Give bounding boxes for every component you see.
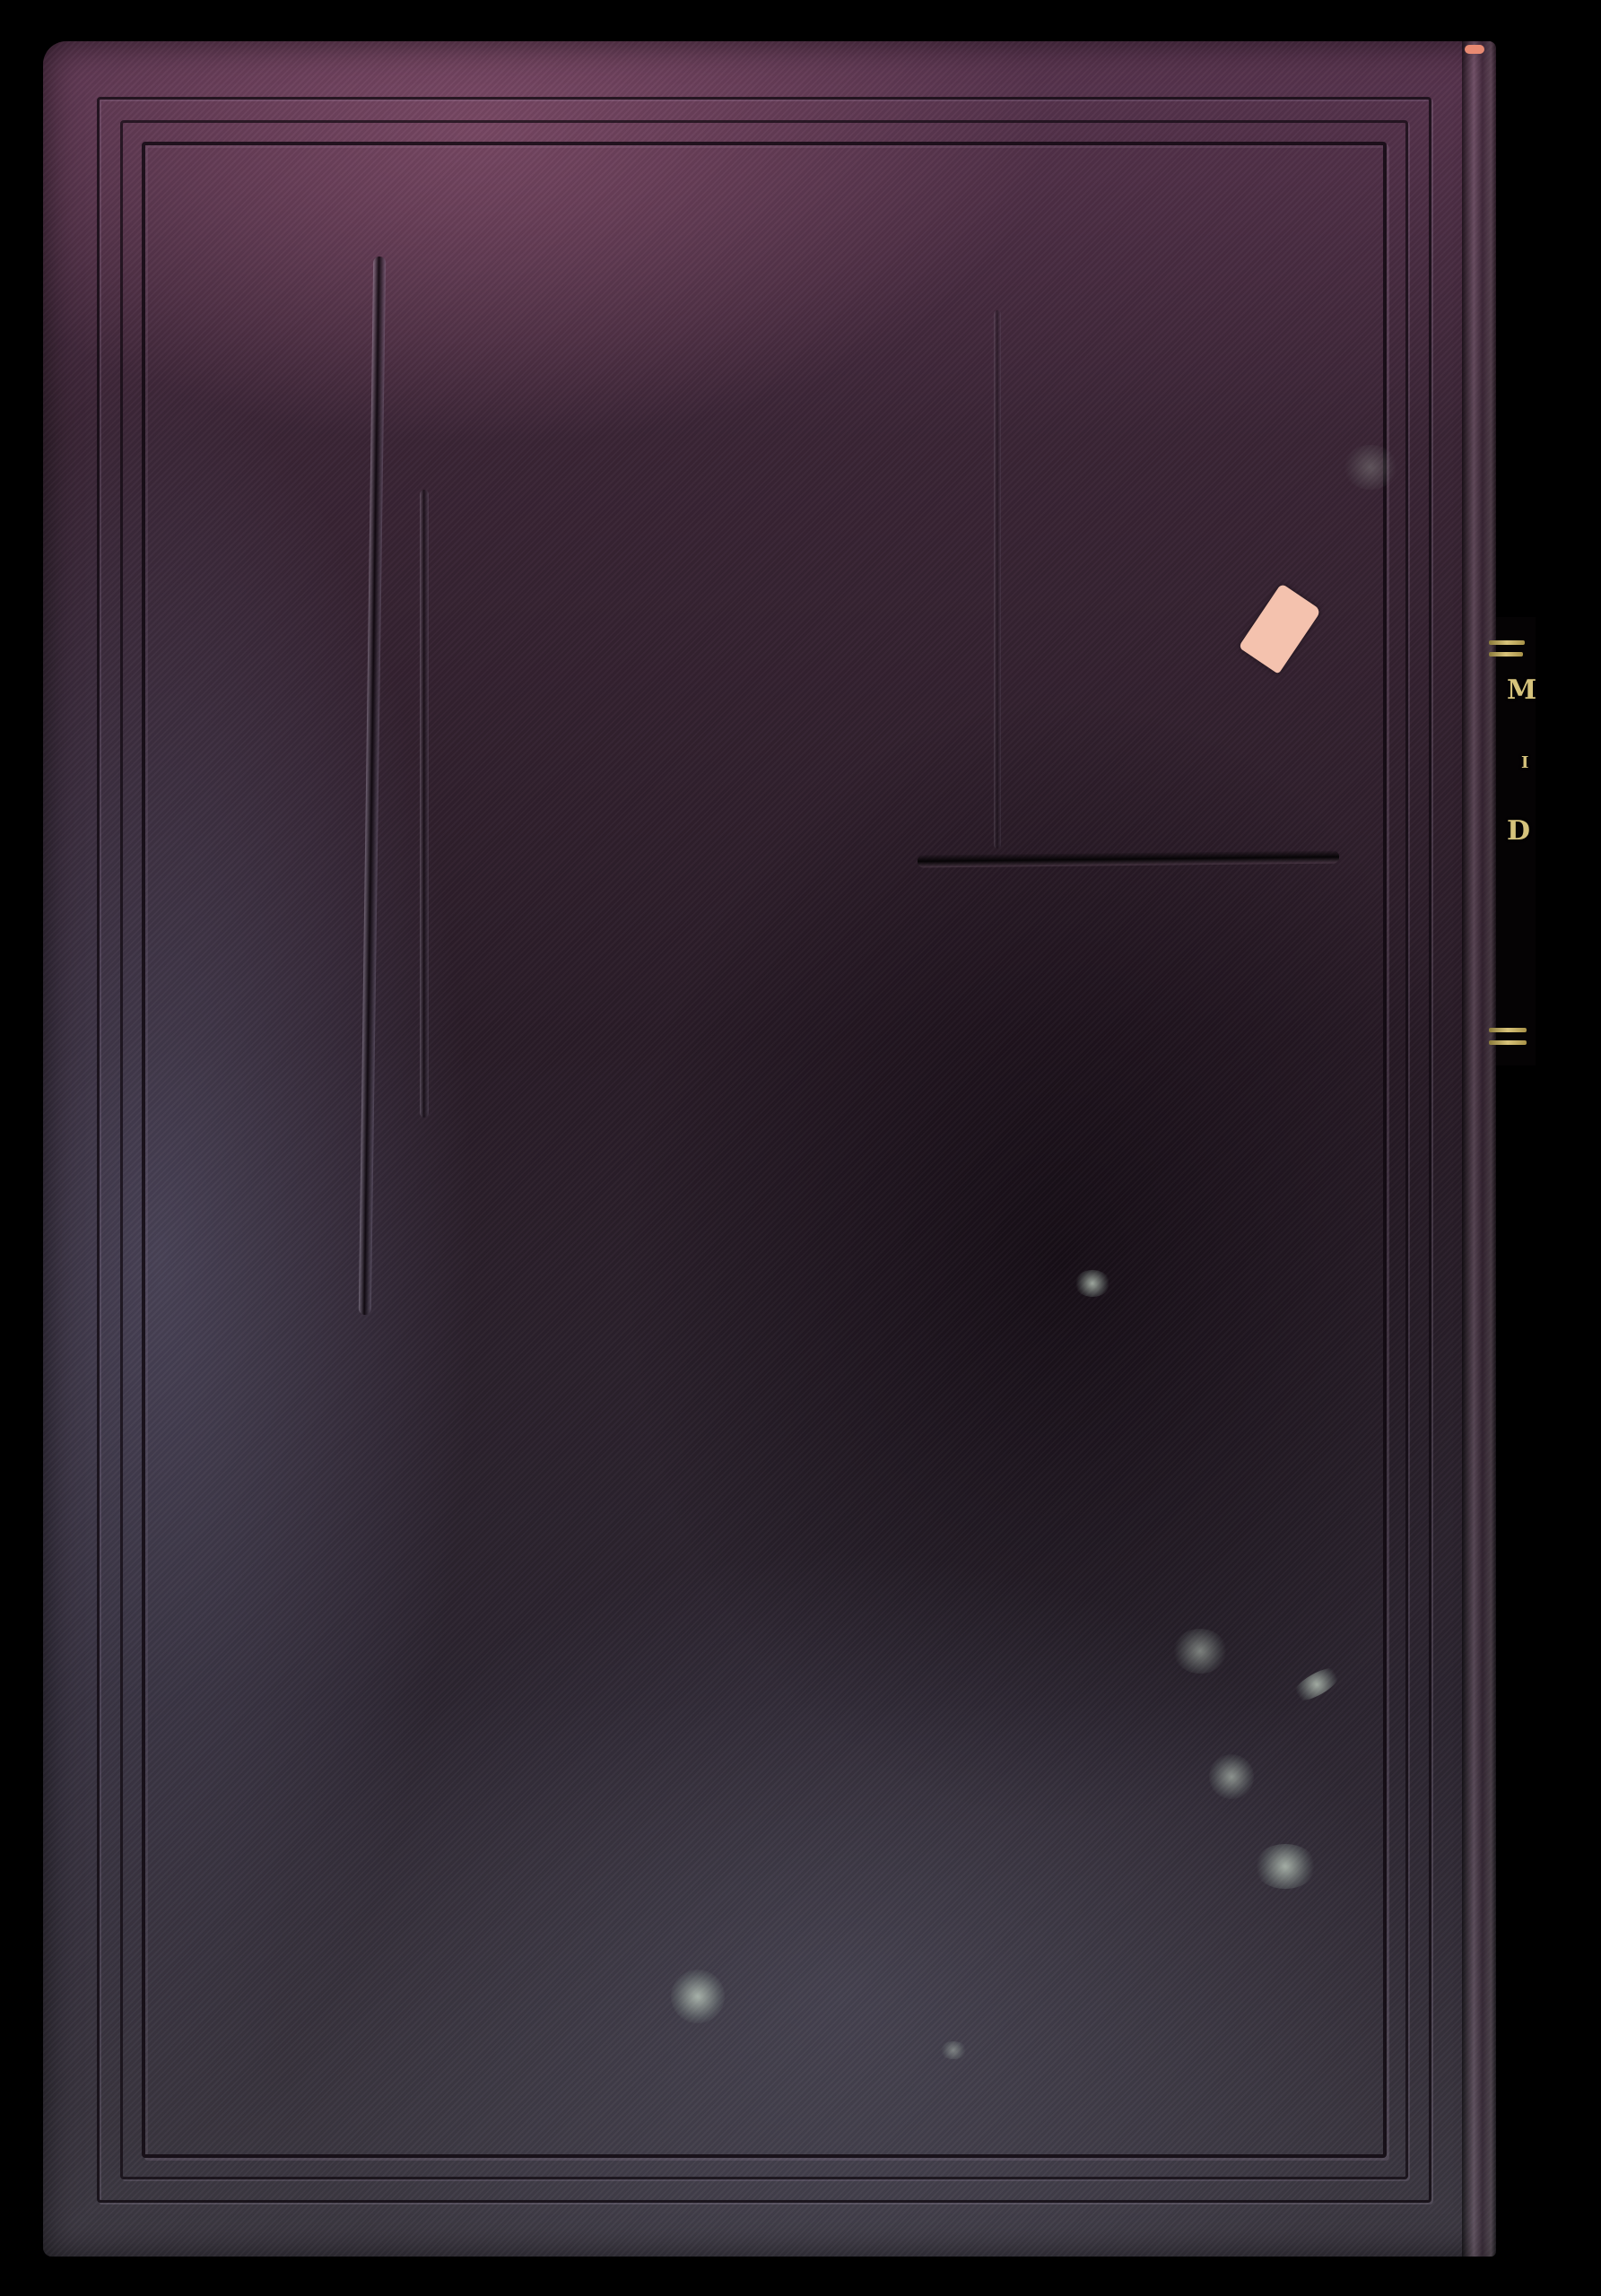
spine-letter: D — [1507, 818, 1530, 845]
inner-blind-rule — [142, 142, 1387, 2158]
vertical-crease-minor — [994, 310, 1001, 848]
wear-spot — [671, 1970, 725, 2023]
wear-spot — [1075, 1270, 1110, 1297]
gilt-band-bottom — [1489, 1028, 1527, 1032]
wear-spot — [1344, 445, 1397, 490]
gilt-band-top — [1489, 640, 1525, 645]
spine-hinge — [1462, 41, 1496, 2257]
spine-letter: M — [1507, 677, 1536, 704]
book-back-cover — [43, 41, 1496, 2257]
wear-spot — [1173, 1629, 1227, 1674]
spine-letter: I — [1521, 755, 1528, 771]
wear-spot — [1254, 1844, 1317, 1889]
gilt-band-top-2 — [1489, 652, 1523, 657]
vertical-crease-secondary — [420, 490, 429, 1118]
wear-spot — [1209, 1754, 1254, 1799]
gilt-band-bottom-2 — [1489, 1040, 1527, 1045]
worn-corner-tip — [1465, 45, 1484, 54]
wear-spot — [940, 2041, 967, 2059]
